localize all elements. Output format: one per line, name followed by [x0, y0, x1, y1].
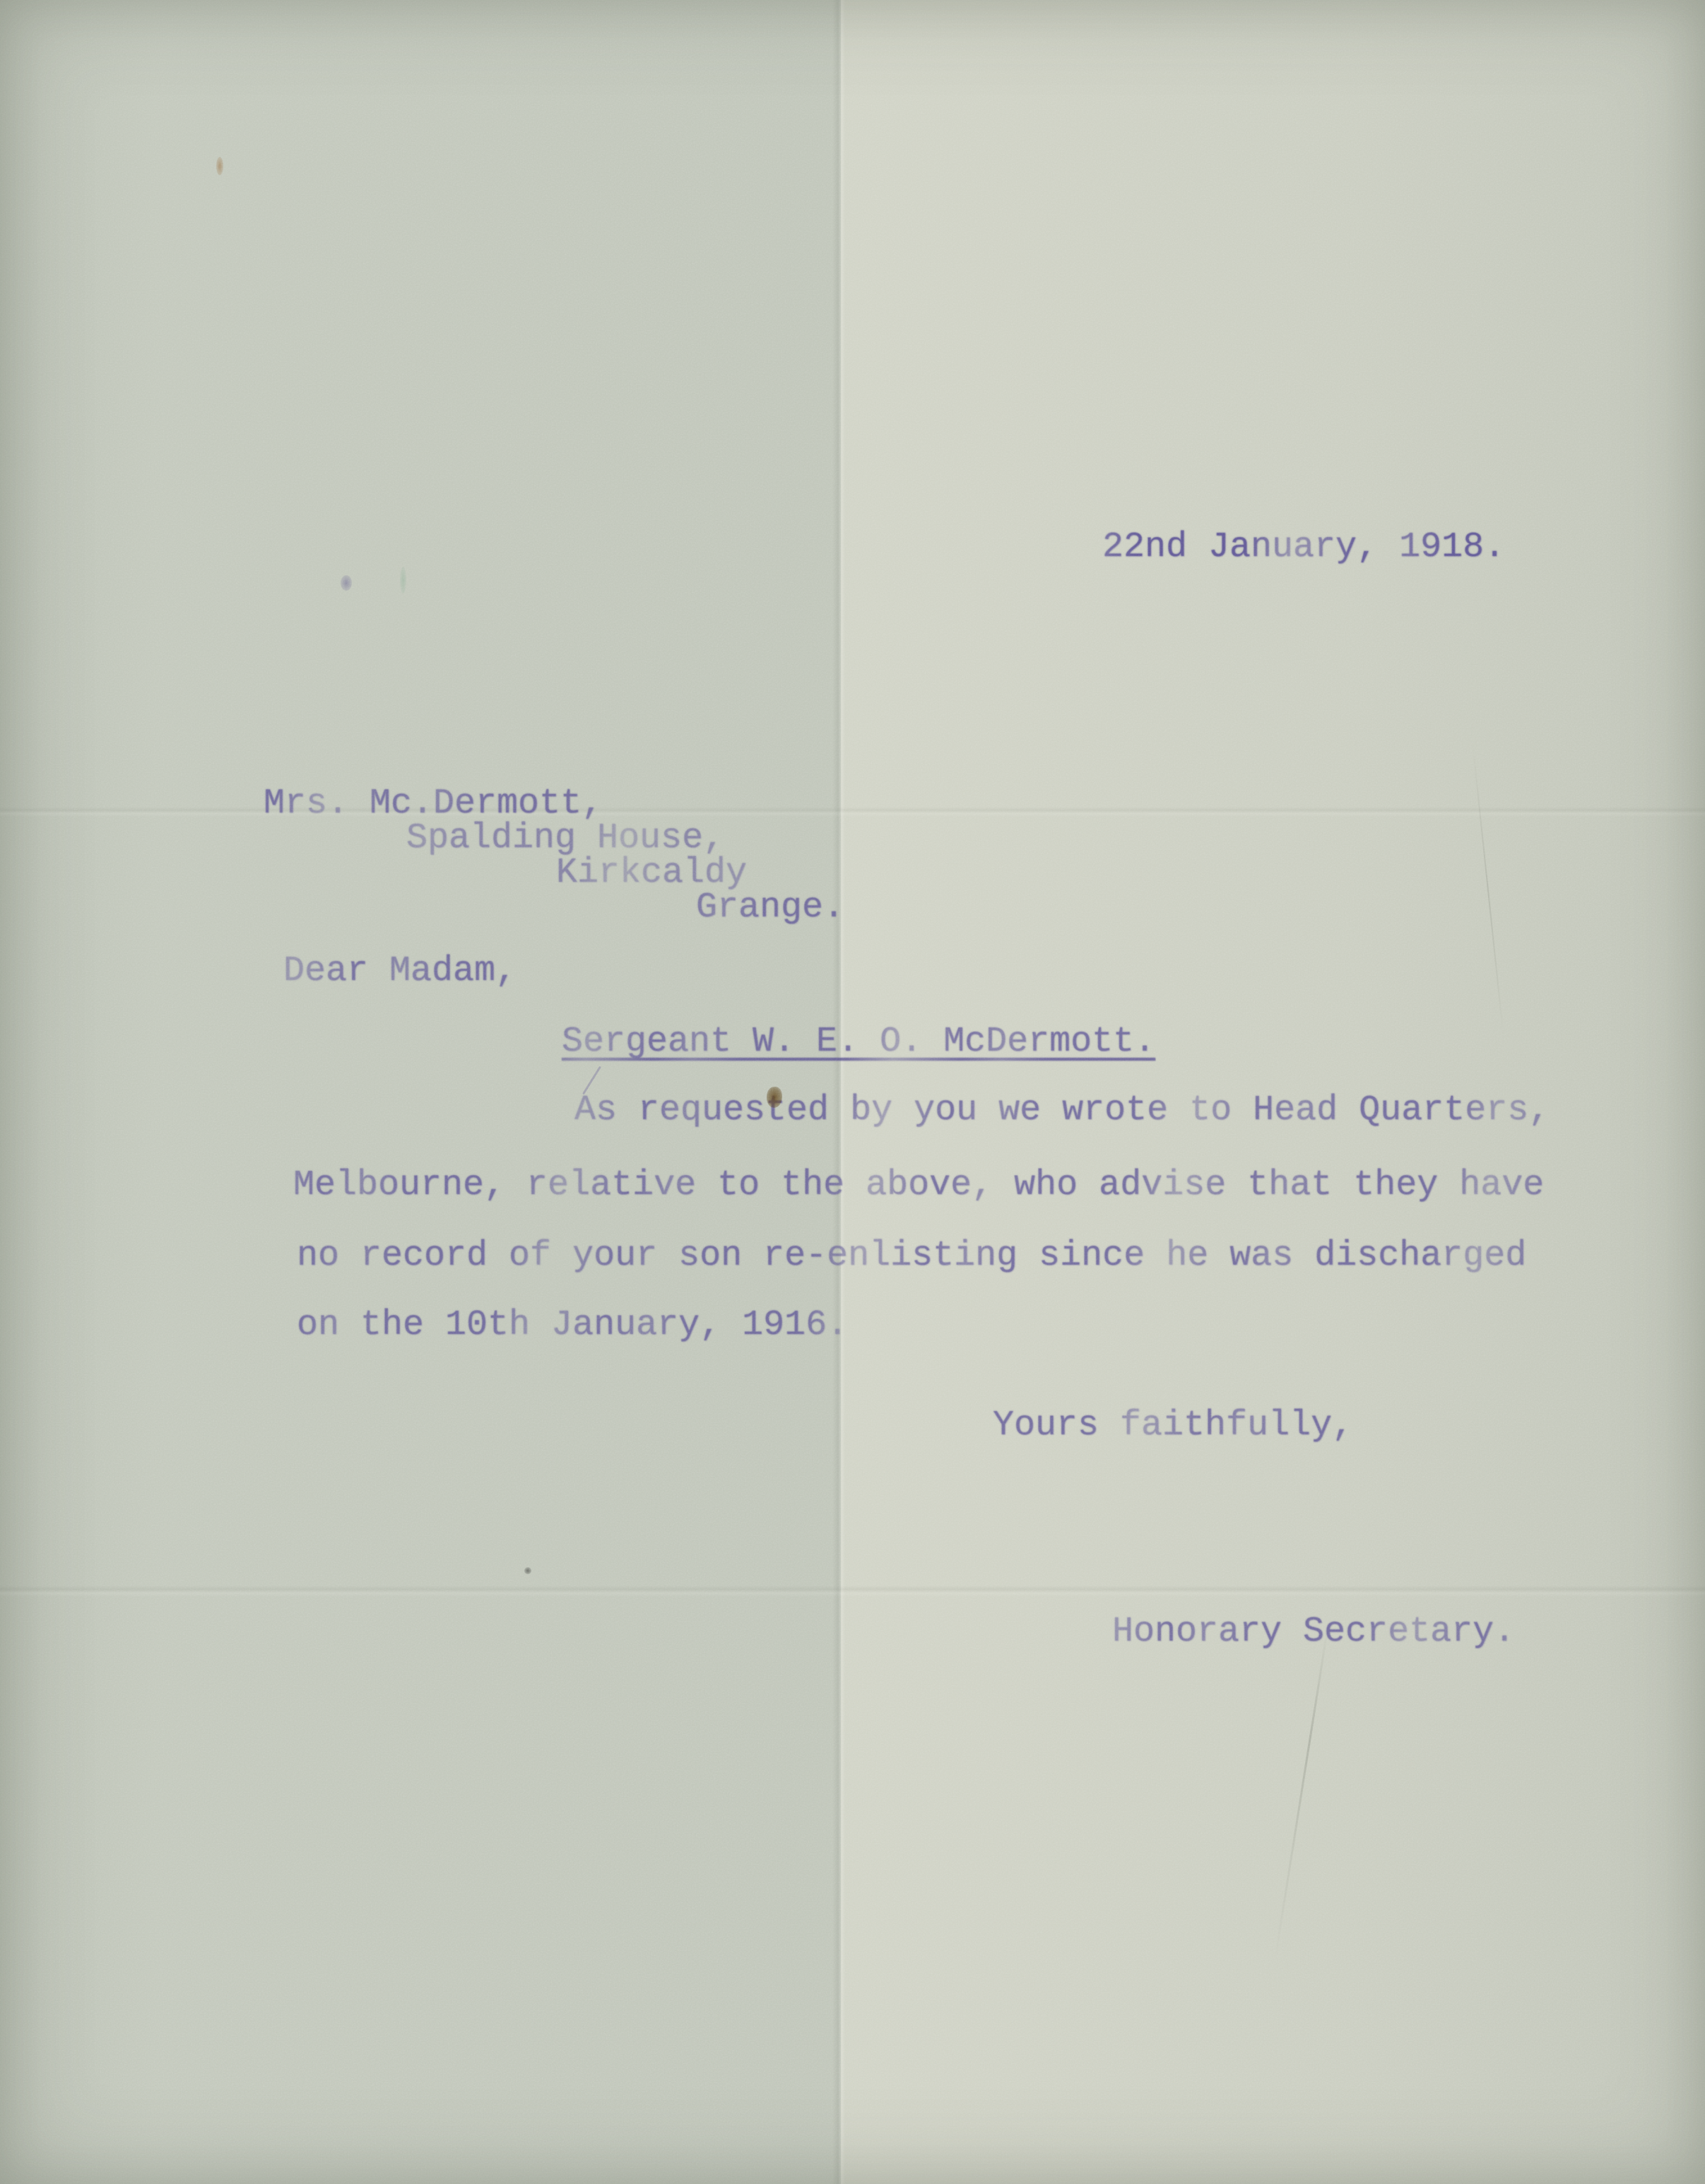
recipient-address-line: Spalding House,	[406, 821, 724, 856]
body-line: on the 10th January, 1916.	[297, 1308, 848, 1343]
body-line: Melbourne, relative to the above, who ad…	[293, 1168, 1544, 1203]
recipient-name-line: Mrs. Mc.Dermott,	[264, 786, 603, 822]
subject-line: Sergeant W. E. O. McDermott.	[562, 1025, 1155, 1060]
body-line: no record of your son re-enlisting since…	[297, 1239, 1526, 1274]
salutation: Dear Madam,	[283, 954, 517, 989]
body-line: As requested by you we wrote to Head Qua…	[574, 1093, 1550, 1128]
letter-scan-page: 22nd January, 1918. Mrs. Mc.Dermott, Spa…	[0, 0, 1705, 2184]
recipient-district-line: Grange.	[696, 890, 844, 926]
closing-line: Yours faithfully,	[993, 1408, 1353, 1444]
recipient-town-line: Kirkcaldy	[556, 856, 747, 891]
date-line: 22nd January, 1918.	[1102, 530, 1505, 565]
signature-title-line: Honorary Secretary.	[1112, 1615, 1515, 1650]
typewritten-text-layer: 22nd January, 1918. Mrs. Mc.Dermott, Spa…	[0, 0, 1705, 2184]
